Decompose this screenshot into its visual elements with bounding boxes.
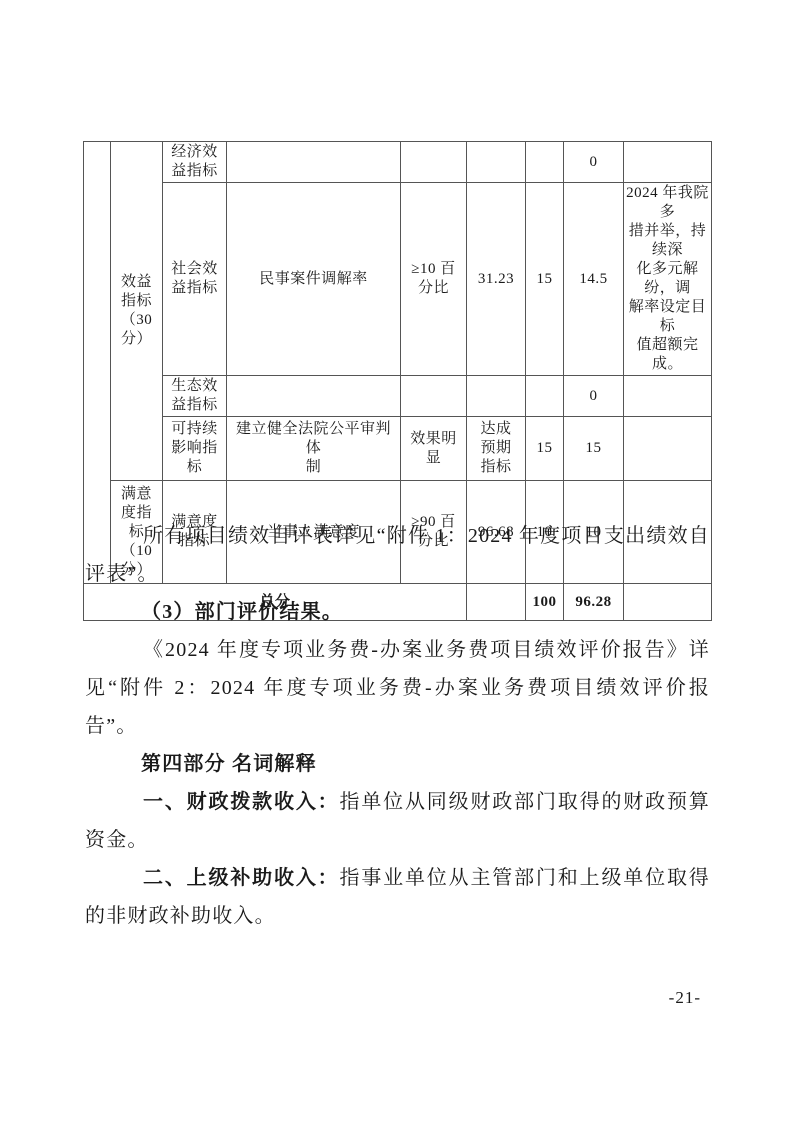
cell-indicator-name: 建立健全法院公平审判体 制	[227, 417, 401, 481]
cell-target-value: 效果明 显	[401, 417, 467, 481]
cell-weight: 15	[526, 183, 564, 376]
cell-score: 14.5	[564, 183, 624, 376]
cell-target-value	[401, 142, 467, 183]
term-label: 一、财政拨款收入：	[143, 791, 339, 813]
cell-sub-indicator: 生态效 益指标	[163, 376, 227, 417]
body-text: 所有项目绩效自评表详见“附件 1：2024 年度项目支出绩效自评表”。 （3）部…	[85, 517, 710, 935]
heading-department-evaluation: （3）部门评价结果。	[85, 593, 710, 631]
cell-weight	[526, 142, 564, 183]
table-row: 社会效 益指标 民事案件调解率 ≥10 百 分比 31.23 15 14.5 2…	[84, 183, 712, 376]
table-row: 生态效 益指标 0	[84, 376, 712, 417]
page-number: -21-	[669, 988, 701, 1008]
paragraph-self-evaluation: 所有项目绩效自评表详见“附件 1：2024 年度项目支出绩效自评表”。	[85, 517, 710, 593]
cell-target-value: ≥10 百 分比	[401, 183, 467, 376]
heading-part-four-glossary: 第四部分 名词解释	[85, 745, 710, 783]
cell-actual-value: 达成 预期 指标	[467, 417, 526, 481]
cell-sub-indicator: 经济效 益指标	[163, 142, 227, 183]
cell-score: 15	[564, 417, 624, 481]
cell-indicator-name: 民事案件调解率	[227, 183, 401, 376]
paragraph-term-fiscal-appropriation: 一、财政拨款收入：指单位从同级财政部门取得的财政预算资金。	[85, 783, 710, 859]
cell-sub-indicator: 社会效 益指标	[163, 183, 227, 376]
cell-note	[624, 417, 712, 481]
cell-indicator-name	[227, 376, 401, 417]
paragraph-evaluation-report: 《2024 年度专项业务费-办案业务费项目绩效评价报告》详见“附件 2：2024…	[85, 631, 710, 745]
table-row: 可持续 影响指 标 建立健全法院公平审判体 制 效果明 显 达成 预期 指标 1…	[84, 417, 712, 481]
cell-note	[624, 376, 712, 417]
cell-actual-value: 31.23	[467, 183, 526, 376]
cell-sub-indicator: 可持续 影响指 标	[163, 417, 227, 481]
cell-group-benefit: 效益 指标 （30 分）	[111, 142, 163, 481]
document-page: 效益 指标 （30 分） 经济效 益指标 0 社会效 益指标 民事案件调解率 ≥…	[0, 0, 793, 1122]
paragraph-term-superior-subsidy: 二、上级补助收入：指事业单位从主管部门和上级单位取得的非财政补助收入。	[85, 859, 710, 935]
table-row: 效益 指标 （30 分） 经济效 益指标 0	[84, 142, 712, 183]
cell-note	[624, 142, 712, 183]
cell-actual-value	[467, 142, 526, 183]
cell-weight: 15	[526, 417, 564, 481]
cell-note: 2024 年我院多 措并举，持续深 化多元解纷，调 解率设定目标 值超额完成。	[624, 183, 712, 376]
cell-target-value	[401, 376, 467, 417]
cell-weight	[526, 376, 564, 417]
cell-indicator-name	[227, 142, 401, 183]
cell-actual-value	[467, 376, 526, 417]
cell-score: 0	[564, 142, 624, 183]
term-label: 二、上级补助收入：	[143, 867, 339, 889]
cell-score: 0	[564, 376, 624, 417]
